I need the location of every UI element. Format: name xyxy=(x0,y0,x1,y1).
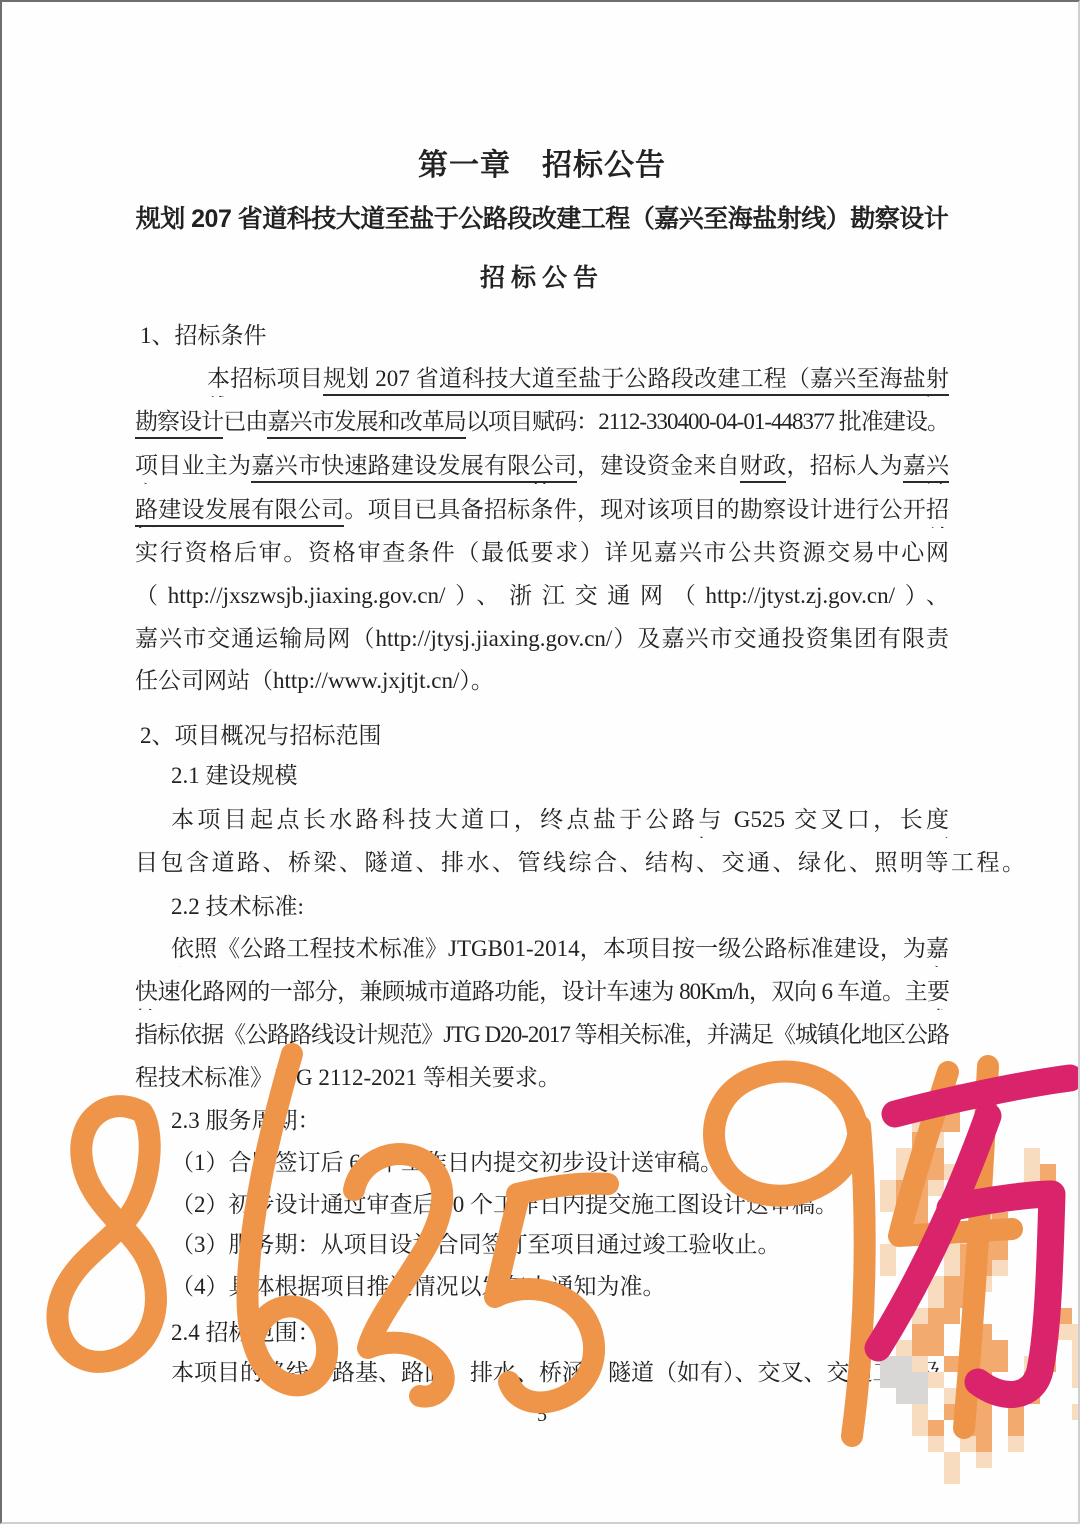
mosaic-cell xyxy=(896,1372,912,1388)
mosaic-cell xyxy=(976,1196,992,1212)
mosaic-cell xyxy=(1008,1404,1024,1420)
mosaic-cell xyxy=(944,1276,960,1292)
mosaic-cell xyxy=(912,1180,928,1196)
text-run: 2.3 服务周期： xyxy=(171,1108,321,1133)
underlined-text-run: 勘察设计 xyxy=(135,409,223,439)
mosaic-cell xyxy=(880,1356,896,1372)
mosaic-cell xyxy=(992,1244,1008,1260)
mosaic-cell xyxy=(1024,1164,1040,1180)
mosaic-cell xyxy=(1008,1436,1024,1452)
mosaic-cell xyxy=(1024,1388,1040,1404)
underlined-text-run: 嘉兴市发展和改革局 xyxy=(267,409,466,439)
mosaic-cell xyxy=(912,1308,928,1324)
mosaic-cell xyxy=(976,1228,992,1244)
mosaic-cell xyxy=(992,1260,1008,1276)
mosaic-cell xyxy=(896,1388,912,1404)
mosaic-cell xyxy=(912,1388,928,1404)
mosaic-cell xyxy=(960,1420,976,1436)
mosaic-cell xyxy=(960,1388,976,1404)
document-page: 第一章 招标公告 规划 207 省道科技大道至盐于公路段改建工程（嘉兴至海盐射线… xyxy=(0,0,1080,1524)
mosaic-cell xyxy=(1040,1340,1056,1356)
doc-line: 快速化路网的一部分，兼顾城市道路功能，设计车速为 80Km/h，双向 6 车道。… xyxy=(135,978,949,1010)
mosaic-cell xyxy=(976,1436,992,1452)
mosaic-cell xyxy=(912,1340,928,1356)
mosaic-cell xyxy=(944,1260,960,1276)
mosaic-cell xyxy=(976,1324,992,1340)
mosaic-cell xyxy=(928,1308,944,1324)
doc-line: 2.1 建设规模 xyxy=(171,762,298,791)
mosaic-cell xyxy=(1040,1292,1056,1308)
mosaic-cell xyxy=(896,1356,912,1372)
mosaic-cell xyxy=(1024,1180,1040,1196)
mosaic-cell xyxy=(1040,1356,1056,1372)
text-run: 程技术标准》JTG 2112-2021 等相关要求。 xyxy=(135,1065,561,1090)
mosaic-cell xyxy=(976,1340,992,1356)
text-run: 已由 xyxy=(223,409,267,434)
mosaic-cell xyxy=(1024,1356,1040,1372)
mosaic-cell xyxy=(928,1116,944,1132)
mosaic-cell xyxy=(912,1356,928,1372)
doc-line: （1）合同签订后 60 个工作日内提交初步设计送审稿。 xyxy=(171,1149,723,1178)
mosaic-cell xyxy=(928,1324,944,1340)
mosaic-cell xyxy=(912,1324,928,1340)
mosaic-cell xyxy=(928,1340,944,1356)
mosaic-cell xyxy=(928,1292,944,1308)
project-title-line2: 招标公告 xyxy=(135,258,949,294)
mosaic-cell xyxy=(976,1244,992,1260)
mosaic-cell xyxy=(960,1276,976,1292)
mosaic-cell xyxy=(912,1148,928,1164)
mosaic-cell xyxy=(944,1308,960,1324)
mosaic-cell xyxy=(912,1164,928,1180)
mosaic-cell xyxy=(944,1452,960,1468)
doc-line: 路建设发展有限公司。项目已具备招标条件，现对该项目的勘察设计进行公开招标，并 xyxy=(135,496,949,528)
mosaic-cell xyxy=(896,1196,912,1212)
text-run: 项目业主为 xyxy=(135,453,251,478)
mosaic-cell xyxy=(976,1420,992,1436)
mosaic-cell xyxy=(1072,1356,1080,1372)
text-run: （1）合同签订后 60 个工作日内提交初步设计送审稿。 xyxy=(171,1150,723,1175)
underlined-text-run: 财政 xyxy=(740,453,787,483)
mosaic-cell xyxy=(896,1340,912,1356)
text-run: （2）初步设计通过审查后 30 个工作日内提交施工图设计送审稿。 xyxy=(171,1192,838,1217)
mosaic-cell xyxy=(912,1196,928,1212)
text-run: 2.1 建设规模 xyxy=(171,763,298,788)
doc-line: 1、招标条件 xyxy=(140,322,267,351)
text-run: 2.2 技术标准: xyxy=(171,894,304,919)
mosaic-cell xyxy=(1056,1308,1072,1324)
page-number: 5 xyxy=(135,1404,949,1427)
mosaic-cell xyxy=(896,1148,912,1164)
mosaic-cell xyxy=(928,1132,944,1148)
mosaic-cell xyxy=(880,1244,896,1260)
mosaic-cell xyxy=(944,1356,960,1372)
text-run: 本项目的路线、路基、路面、排水、桥涵、隧道（如有）、交叉、交通工程及 xyxy=(171,1360,942,1385)
text-run: ，招标人为 xyxy=(786,453,902,478)
text-run: 实行资格后审。资格审查条件（最低要求）详见嘉兴市公共资源交易中心网 xyxy=(135,540,949,565)
mosaic-cell xyxy=(1072,1404,1080,1420)
mosaic-cell xyxy=(1040,1164,1056,1180)
handwritten-wan-top-stroke xyxy=(895,1078,1070,1114)
mosaic-cell xyxy=(976,1260,992,1276)
mosaic-cell xyxy=(1072,1324,1080,1340)
text-run: 以项目赋码：2112-330400-04-01-448377 批准建设。 xyxy=(466,409,949,434)
text-run: 本项目起点长水路科技大道口，终点盐于公路与 G525 交叉口，长度 27.9km… xyxy=(171,807,949,838)
mosaic-cell xyxy=(880,1372,896,1388)
mosaic-cell xyxy=(960,1228,976,1244)
mosaic-cell xyxy=(976,1388,992,1404)
text-run: ，建设资金来自 xyxy=(577,453,740,478)
mosaic-cell xyxy=(960,1372,976,1388)
doc-line: 本项目的路线、路基、路面、排水、桥涵、隧道（如有）、交叉、交通工程及 xyxy=(171,1359,942,1388)
mosaic-cell xyxy=(1072,1372,1080,1388)
doc-line: 2.2 技术标准: xyxy=(171,893,304,922)
mosaic-cell xyxy=(928,1148,944,1164)
mosaic-cell xyxy=(896,1180,912,1196)
text-run: 本招标项目 xyxy=(207,366,323,391)
text-run: 任公司网站（http://www.jxjtjt.cn/）。 xyxy=(135,668,494,693)
mosaic-cell xyxy=(880,1180,896,1196)
doc-line: （4）具体根据项目推进情况以发包人通知为准。 xyxy=(171,1273,666,1302)
text-run: 2、项目概况与招标范围 xyxy=(140,723,382,748)
mosaic-cell xyxy=(896,1164,912,1180)
mosaic-cell xyxy=(944,1100,960,1116)
text-run: 快速化路网的一部分，兼顾城市道路功能，设计车速为 80Km/h，双向 6 车道。… xyxy=(135,979,949,1010)
mosaic-cell xyxy=(896,1212,912,1228)
mosaic-cell xyxy=(928,1436,944,1452)
underlined-text-run: 路建设发展有限公司 xyxy=(135,497,344,527)
mosaic-cell xyxy=(928,1100,944,1116)
mosaic-cell xyxy=(1040,1180,1056,1196)
mosaic-cell xyxy=(960,1244,976,1260)
chapter-heading: 第一章 招标公告 xyxy=(135,140,949,184)
text-run: （4）具体根据项目推进情况以发包人通知为准。 xyxy=(171,1274,666,1299)
text-run: （3）服务期：从项目设计合同签订至项目通过竣工验收止。 xyxy=(171,1232,781,1257)
doc-line: 任公司网站（http://www.jxjtjt.cn/）。 xyxy=(135,667,494,696)
mosaic-cell xyxy=(960,1404,976,1420)
doc-line: （http://jxszwsjb.jiaxing.gov.cn/）、浙江交通网（… xyxy=(135,582,949,614)
mosaic-cell xyxy=(944,1388,960,1404)
mosaic-cell xyxy=(928,1180,944,1196)
mosaic-cell xyxy=(992,1228,1008,1244)
mosaic-cell xyxy=(912,1372,928,1388)
mosaic-cell xyxy=(944,1164,960,1180)
doc-line: 目包含道路、桥梁、隧道、排水、管线综合、结构、交通、绿化、照明等工程。 xyxy=(135,849,1028,878)
mosaic-cell xyxy=(1072,1340,1080,1356)
mosaic-cell xyxy=(928,1420,944,1436)
text-run: （http://jxszwsjb.jiaxing.gov.cn/）、浙江交通网（… xyxy=(135,583,949,608)
mosaic-cell xyxy=(880,1260,896,1276)
doc-line: （2）初步设计通过审查后 30 个工作日内提交施工图设计送审稿。 xyxy=(171,1191,838,1220)
mosaic-cell xyxy=(976,1212,992,1228)
mosaic-cell xyxy=(976,1276,992,1292)
mosaic-cell xyxy=(928,1372,944,1388)
doc-line: 2.3 服务周期： xyxy=(171,1107,321,1136)
mosaic-cell xyxy=(1024,1372,1040,1388)
mosaic-cell xyxy=(976,1356,992,1372)
mosaic-cell xyxy=(992,1356,1008,1372)
mosaic-cell xyxy=(896,1228,912,1244)
project-title-line1: 规划 207 省道科技大道至盐于公路段改建工程（嘉兴至海盐射线）勘察设计 xyxy=(135,199,949,235)
mosaic-cell xyxy=(1008,1420,1024,1436)
text-run: 2.4 招标范围： xyxy=(171,1320,321,1345)
mosaic-cell xyxy=(976,1452,992,1468)
text-run: 1、招标条件 xyxy=(140,323,267,348)
mosaic-cell xyxy=(928,1276,944,1292)
mosaic-cell xyxy=(912,1212,928,1228)
mosaic-cell xyxy=(976,1372,992,1388)
mosaic-cell xyxy=(1024,1148,1040,1164)
text-run: 指标依据《公路路线设计规范》JTG D20-2017 等相关标准，并满足《城镇化… xyxy=(135,1022,949,1053)
mosaic-cell xyxy=(912,1404,928,1420)
doc-line: 嘉兴市交通运输局网（http://jtysj.jiaxing.gov.cn/）及… xyxy=(135,625,949,657)
mosaic-cell xyxy=(880,1196,896,1212)
doc-line: 勘察设计已由嘉兴市发展和改革局以项目赋码：2112-330400-04-01-4… xyxy=(135,408,949,440)
mosaic-cell xyxy=(944,1468,960,1484)
mosaic-cell xyxy=(1008,1388,1024,1404)
mosaic-cell xyxy=(1040,1196,1056,1212)
mosaic-cell xyxy=(960,1260,976,1276)
text-run: 目包含道路、桥梁、隧道、排水、管线综合、结构、交通、绿化、照明等工程。 xyxy=(135,850,1028,875)
mosaic-cell xyxy=(944,1084,960,1100)
doc-line: 2、项目概况与招标范围 xyxy=(140,722,382,751)
mosaic-cell xyxy=(944,1244,960,1260)
underlined-text-run: 嘉兴市快速路建设发展有限公司 xyxy=(251,453,577,483)
mosaic-cell xyxy=(928,1164,944,1180)
doc-line: 本项目起点长水路科技大道口，终点盐于公路与 G525 交叉口，长度 27.9km… xyxy=(171,806,949,838)
handwritten-digit-8 xyxy=(57,1106,156,1362)
doc-line: 项目业主为嘉兴市快速路建设发展有限公司，建设资金来自财政，招标人为嘉兴市快速 xyxy=(135,452,949,484)
mosaic-cell xyxy=(992,1340,1008,1356)
mosaic-cell xyxy=(944,1292,960,1308)
mosaic-cell xyxy=(960,1292,976,1308)
mosaic-cell xyxy=(1040,1324,1056,1340)
mosaic-cell xyxy=(912,1116,928,1132)
mosaic-cell xyxy=(1056,1324,1072,1340)
doc-line: 程技术标准》JTG 2112-2021 等相关要求。 xyxy=(135,1064,561,1093)
doc-line: 指标依据《公路路线设计规范》JTG D20-2017 等相关标准，并满足《城镇化… xyxy=(135,1021,949,1053)
mosaic-cell xyxy=(976,1404,992,1420)
doc-line: 2.4 招标范围： xyxy=(171,1319,321,1348)
doc-line: 依照《公路工程技术标准》JTGB01-2014，本项目按一级公路标准建设，为嘉兴… xyxy=(171,935,949,967)
text-run: 依照《公路工程技术标准》JTGB01-2014，本项目按一级公路标准建设，为嘉兴… xyxy=(171,936,949,967)
doc-line: 实行资格后审。资格审查条件（最低要求）详见嘉兴市公共资源交易中心网 xyxy=(135,539,949,571)
mosaic-cell xyxy=(1040,1308,1056,1324)
doc-line: （3）服务期：从项目设计合同签订至项目通过竣工验收止。 xyxy=(171,1231,781,1260)
text-run: 嘉兴市交通运输局网（http://jtysj.jiaxing.gov.cn/）及… xyxy=(135,626,949,651)
mosaic-cell xyxy=(992,1212,1008,1228)
mosaic-cell xyxy=(944,1404,960,1420)
mosaic-cell xyxy=(960,1436,976,1452)
mosaic-cell xyxy=(944,1116,960,1132)
mosaic-cell xyxy=(912,1420,928,1436)
doc-line: 本招标项目规划 207 省道科技大道至盐于公路段改建工程（嘉兴至海盐射线） xyxy=(207,365,949,397)
mosaic-cell xyxy=(912,1132,928,1148)
